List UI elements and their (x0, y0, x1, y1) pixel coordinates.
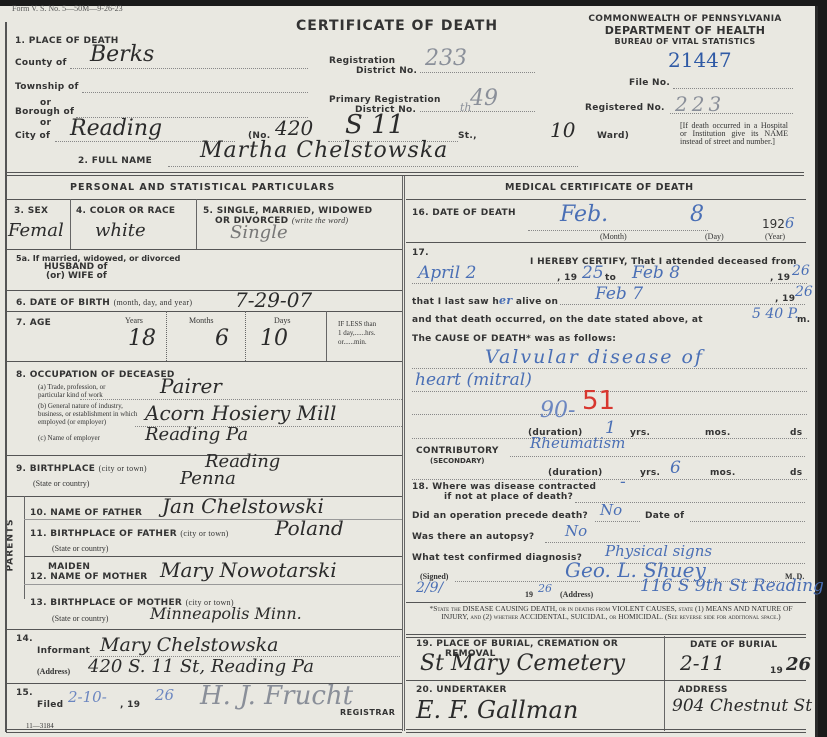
informant-value: Mary Chelstowska (100, 634, 278, 656)
less-label-1: IF LESS than (338, 320, 376, 329)
city-label: City of (15, 131, 50, 141)
marital-label: 5. SINGLE, MARRIED, WIDOWED OR DIVORCED … (203, 206, 372, 226)
full-name-line (168, 166, 578, 167)
burial-date-label: DATE OF BURIAL (690, 640, 777, 650)
registrar-label: REGISTRAR (340, 708, 395, 717)
row-line (6, 311, 402, 312)
row-line (6, 629, 402, 630)
years-label: Years (125, 316, 143, 325)
occurred-label: and that death occurred, on the date sta… (412, 315, 703, 325)
burial-year-value: 26 (786, 654, 811, 675)
mother-bp-state-label: (State or country) (52, 614, 108, 623)
occ-b-value: Acorn Hosiery Mill (145, 401, 336, 425)
registration-label-2: District No. (329, 66, 417, 76)
birthplace-note: (city or town) (99, 464, 147, 473)
contracted-label-1: 18. Where was disease contracted (412, 482, 596, 492)
agency-line-2: DEPARTMENT OF HEALTH (580, 24, 790, 37)
file-no-label: File No. (629, 78, 670, 88)
county-label: County of (15, 58, 67, 68)
certify-number: 17. (412, 248, 429, 258)
full-name-value: Martha Chelstowska (200, 138, 448, 163)
column-divider (402, 176, 405, 731)
father-bp-value: Poland (275, 516, 344, 540)
age-label: 7. AGE (16, 318, 51, 328)
row-line (406, 199, 806, 200)
race-value: white (95, 220, 146, 241)
agency-line-3: BUREAU OF VITAL STATISTICS (580, 37, 790, 46)
occ-a-label: (a) Trade, profession, or particular kin… (38, 383, 130, 399)
contributory-duration-months: 6 (670, 458, 681, 478)
cause-line-1-value: Valvular disease of (485, 346, 704, 368)
bottom-line (6, 729, 402, 733)
operation-line (595, 521, 640, 522)
last-saw-label-text: that I last saw h (412, 297, 499, 307)
primary-district-value: 49 (470, 86, 498, 111)
date-of-label: Date of (645, 511, 684, 521)
race-label: 4. COLOR OR RACE (76, 206, 175, 216)
row-line (24, 519, 402, 520)
agency-line-1: COMMONWEALTH OF PENNSYLVANIA (580, 14, 790, 24)
father-value: Jan Chelstowski (162, 494, 324, 518)
registration-district-line (420, 72, 535, 73)
birthplace-state-value: Penna (180, 468, 236, 489)
operation-value: No (600, 501, 622, 519)
row-line (406, 242, 806, 243)
time-value: 5 40 P. (752, 306, 799, 322)
primary-district-line (420, 111, 535, 112)
row-line (6, 290, 402, 291)
marital-value: Single (230, 222, 288, 243)
date-of-death-label: 16. DATE OF DEATH (412, 208, 516, 218)
primary-label-2: District No. (329, 105, 441, 115)
medical-header: MEDICAL CERTIFICATE OF DEATH (505, 182, 694, 193)
row-line (24, 556, 402, 557)
left-border (5, 22, 7, 732)
mother-label-1: MAIDEN (30, 562, 148, 572)
last-saw-line (560, 304, 805, 305)
code-red: 51 (582, 386, 615, 416)
mother-label: MAIDEN 12. NAME OF MOTHER (30, 562, 148, 582)
father-bp-note: (city or town) (180, 529, 228, 538)
occ-b-label: (b) General nature of industry, business… (38, 402, 138, 426)
marital-label-1: 5. SINGLE, MARRIED, WIDOWED (203, 206, 372, 216)
row-line (6, 361, 402, 362)
cell-divider (196, 199, 197, 249)
burial-year-prefix: 19 (770, 666, 783, 676)
burial-address-label: ADDRESS (678, 685, 728, 695)
occ-a-line (80, 399, 402, 400)
date-of-line (690, 521, 805, 522)
age-years-value: 18 (128, 326, 156, 351)
primary-label-1: Primary Registration (329, 95, 441, 105)
last-saw-year-value: 26 (795, 284, 813, 300)
birthplace-label: 9. BIRTHPLACE (city or town) (16, 464, 147, 474)
informant-address-label: (Address) (37, 667, 70, 676)
row-line (406, 602, 806, 603)
time-suffix: m. (797, 315, 810, 325)
burial-date-value: 2-11 (680, 651, 725, 675)
birthplace-state-label: (State or country) (33, 479, 89, 488)
less-than-label: IF LESS than 1 day,......hrs. or......mi… (338, 320, 376, 347)
mother-value: Mary Nowotarski (160, 558, 337, 582)
hospital-note: [If death occurred in a Hospital or Inst… (680, 122, 788, 146)
burial-place-value: St Mary Cemetery (420, 651, 625, 676)
year-label: (Year) (765, 232, 785, 241)
undertaker-value: E. F. Gallman (416, 696, 578, 724)
cell-divider (245, 311, 246, 361)
city-value: Reading (70, 116, 162, 141)
undertaker-label: 20. UNDERTAKER (416, 685, 507, 695)
ds-label: ds (790, 428, 802, 438)
signed-year-prefix: 19 (525, 590, 533, 599)
st-label: St., (458, 131, 477, 141)
age-months-value: 6 (215, 326, 229, 351)
death-year-value: 1926 (762, 214, 794, 232)
autopsy-label: Was there an autopsy? (412, 532, 534, 542)
row-line (6, 199, 402, 200)
sex-value: Femal (8, 220, 64, 241)
contributory-label: CONTRIBUTORY (416, 446, 499, 456)
spouse-label: 5a. If married, widowed, or divorced HUS… (16, 254, 180, 281)
footnote: *State the DISEASE CAUSING DEATH, or in … (416, 605, 806, 621)
last-saw-suffix: er (499, 294, 512, 307)
borough-label: Borough of (15, 107, 74, 117)
contracted-label-2: if not at place of death? (444, 492, 573, 502)
mos-label: mos. (705, 428, 731, 438)
day-label: (Day) (705, 232, 724, 241)
cause-line-1 (412, 368, 807, 369)
mos-label-2: mos. (710, 468, 736, 478)
agency-block: COMMONWEALTH OF PENNSYLVANIA DEPARTMENT … (580, 14, 790, 46)
death-day-value: 8 (690, 202, 704, 227)
spouse-label-3: (or) WIFE of (16, 272, 180, 281)
code-blue: 90- (540, 398, 575, 423)
filed-year-value: 26 (155, 686, 174, 704)
house-no-value: 420 (275, 116, 313, 140)
duration-line-2 (412, 479, 807, 480)
occ-c-value: Reading Pa (145, 424, 248, 445)
ward-label: Ward) (597, 131, 629, 141)
mother-label-2: 12. NAME OF MOTHER (30, 572, 148, 582)
personal-header: PERSONAL AND STATISTICAL PARTICULARS (70, 182, 335, 193)
months-label: Months (189, 316, 213, 325)
duration-label-2: (duration) (548, 468, 603, 478)
occupation-label: 8. OCCUPATION OF DECEASED (16, 370, 175, 380)
row-line (406, 680, 806, 681)
township-label: Township of (15, 82, 79, 92)
last-saw-year-prefix: , 19 (775, 294, 795, 304)
registration-district-value: 233 (425, 46, 467, 71)
form-number: Form V. S. No. 5—50M—9-26-23 (12, 4, 123, 13)
to-label: to (605, 273, 616, 283)
last-saw-value: Feb 7 (595, 284, 643, 304)
sex-label: 3. SEX (14, 206, 48, 216)
autopsy-value: No (565, 522, 587, 540)
alive-label: alive on (516, 297, 558, 307)
ward-value: 10 (550, 118, 575, 142)
township-line (82, 92, 308, 93)
informant-number: 14. (16, 634, 33, 644)
death-year-suffix: 6 (785, 214, 795, 232)
dob-note: (month, day, and year) (114, 298, 193, 307)
test-label: What test confirmed diagnosis? (412, 553, 582, 563)
death-certificate: Form V. S. No. 5—50M—9-26-23 CERTIFICATE… (0, 6, 818, 737)
marital-label-note: (write the word) (292, 216, 349, 225)
ds-label-2: ds (790, 468, 802, 478)
bottom-line (406, 729, 806, 733)
attended-to-value: Feb 8 (632, 263, 680, 283)
header-divider (6, 172, 804, 176)
registered-no-label: Registered No. (585, 103, 665, 113)
filed-year-prefix: , 19 (120, 700, 140, 710)
county-line (70, 68, 308, 69)
death-year-prefix: 192 (762, 217, 785, 231)
occ-a-value: Pairer (160, 374, 222, 398)
row-line (24, 584, 402, 585)
informant-label: Informant (37, 646, 90, 656)
filed-number: 15. (16, 688, 33, 698)
month-label: (Month) (600, 232, 627, 241)
dob-label: 6. DATE OF BIRTH (month, day, and year) (16, 298, 192, 308)
secondary-label: (SECONDARY) (430, 457, 484, 465)
father-bp-label-text: 11. BIRTHPLACE OF FATHER (30, 529, 177, 539)
days-label: Days (274, 316, 290, 325)
full-name-label: 2. FULL NAME (78, 156, 152, 166)
burial-place-label-1: 19. PLACE OF BURIAL, CREMATION OR (416, 639, 618, 649)
informant-address-value: 420 S. 11 St, Reading Pa (88, 656, 314, 677)
contributory-value: Rheumatism (530, 434, 625, 452)
registration-label-1: Registration (329, 56, 417, 66)
from-year-prefix: , 19 (557, 273, 577, 283)
primary-district-label: Primary Registration District No. (329, 95, 441, 115)
registration-district-label: Registration District No. (329, 56, 417, 76)
file-no-line (673, 88, 793, 89)
father-bp-state-label: (State or country) (52, 544, 108, 553)
last-saw-label: that I last saw her alive on (412, 294, 558, 307)
primary-district-mark: th (460, 101, 472, 114)
dob-value: 7-29-07 (235, 288, 312, 312)
contracted-value: - (620, 472, 626, 492)
dob-label-text: 6. DATE OF BIRTH (16, 298, 110, 308)
address-label: (Address) (560, 590, 593, 599)
from-year-value: 25 (582, 263, 604, 283)
father-bp-label: 11. BIRTHPLACE OF FATHER (city or town) (30, 529, 229, 539)
row-line (6, 249, 402, 250)
cause-line-2-value: heart (mitral) (415, 370, 532, 390)
or-label: or (40, 118, 51, 128)
yrs-label-2: yrs. (640, 468, 660, 478)
less-label-3: or......min. (338, 338, 376, 347)
row-line (406, 634, 806, 638)
yrs-label: yrs. (630, 428, 650, 438)
signed-date-value: 2/9/ (416, 580, 443, 596)
filed-date-value: 2-10- (68, 688, 107, 706)
burial-address-value: 904 Chestnut St (672, 696, 812, 716)
occ-c-label: (c) Name of employer (38, 434, 100, 443)
cell-divider (326, 311, 327, 361)
row-line (6, 455, 402, 456)
date-line (528, 230, 708, 231)
operation-label: Did an operation precede death? (412, 511, 588, 521)
attended-from-value: April 2 (418, 263, 476, 283)
cell-divider (664, 636, 665, 731)
father-label: 10. NAME OF FATHER (30, 508, 142, 518)
death-month-value: Feb. (560, 202, 608, 227)
less-label-2: 1 day,......hrs. (338, 329, 376, 338)
contributory-line (510, 456, 805, 457)
birthplace-label-text: 9. BIRTHPLACE (16, 464, 95, 474)
mother-bp-value: Minneapolis Minn. (150, 604, 302, 623)
cell-divider (70, 199, 71, 249)
age-days-value: 10 (260, 326, 288, 351)
county-value: Berks (90, 42, 154, 67)
physician-address-value: 116 S 9th St Reading (640, 576, 824, 596)
registrar-signature: H. J. Frucht (200, 681, 353, 711)
cell-divider (166, 311, 167, 361)
signed-year-value: 26 (538, 582, 552, 595)
certificate-title: CERTIFICATE OF DEATH (296, 18, 498, 34)
file-number-stamp: 21447 (668, 48, 732, 72)
to-year-value: 26 (792, 263, 810, 279)
to-year-prefix: , 19 (770, 273, 790, 283)
filed-label: Filed (37, 700, 63, 710)
cause-label: The CAUSE OF DEATH* was as follows: (412, 334, 616, 344)
registered-no-value: 223 (675, 92, 725, 116)
